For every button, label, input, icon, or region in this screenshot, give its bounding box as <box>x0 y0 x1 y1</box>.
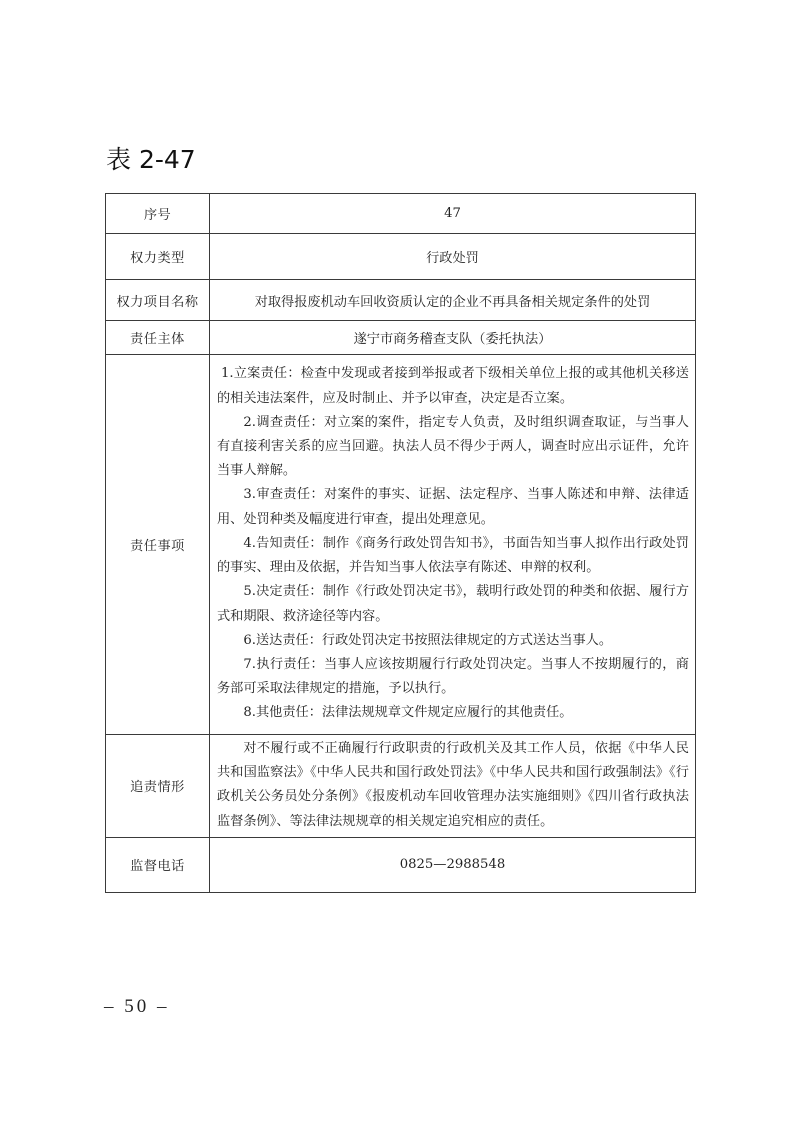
duties-list: 1.立案责任：检查中发现或者接到举报或者下级相关单位上报的或其他机关移送的相关违… <box>210 355 696 735</box>
value-serial: 47 <box>210 194 696 234</box>
row-power-type: 权力类型 行政处罚 <box>106 234 696 280</box>
row-subject: 责任主体 遂宁市商务稽查支队（委托执法） <box>106 321 696 355</box>
label-phone: 监督电话 <box>106 837 210 892</box>
value-item-name: 对取得报废机动车回收资质认定的企业不再具备相关规定条件的处罚 <box>210 280 696 321</box>
label-item-name: 权力项目名称 <box>106 280 210 321</box>
label-subject: 责任主体 <box>106 321 210 355</box>
responsibility-table: 序号 47 权力类型 行政处罚 权力项目名称 对取得报废机动车回收资质认定的企业… <box>105 193 696 893</box>
accountability-text: 对不履行或不正确履行行政职责的行政机关及其工作人员，依据《中华人民共和国监察法》… <box>217 737 689 834</box>
row-phone: 监督电话 0825—2988548 <box>106 837 696 892</box>
label-duties: 责任事项 <box>106 355 210 735</box>
duty-item: 8.其他责任：法律法规规章文件规定应履行的其他责任。 <box>217 701 689 725</box>
row-item-name: 权力项目名称 对取得报废机动车回收资质认定的企业不再具备相关规定条件的处罚 <box>106 280 696 321</box>
label-power-type: 权力类型 <box>106 234 210 280</box>
duty-item: 7.执行责任：当事人应该按期履行行政处罚决定。当事人不按期履行的，商务部可采取法… <box>217 653 689 701</box>
page-number: – 50 – <box>104 996 170 1018</box>
accountability-text-cell: 对不履行或不正确履行行政职责的行政机关及其工作人员，依据《中华人民共和国监察法》… <box>210 735 696 838</box>
label-accountability: 追责情形 <box>106 735 210 838</box>
table-caption: 表 2-47 <box>106 140 196 176</box>
duty-item: 6.送达责任：行政处罚决定书按照法律规定的方式送达当事人。 <box>217 629 689 653</box>
value-power-type: 行政处罚 <box>210 234 696 280</box>
row-serial: 序号 47 <box>106 194 696 234</box>
duty-item: 3.审查责任：对案件的事实、证据、法定程序、当事人陈述和申辩、法律适用、处罚种类… <box>217 483 689 531</box>
row-accountability: 追责情形 对不履行或不正确履行行政职责的行政机关及其工作人员，依据《中华人民共和… <box>106 735 696 838</box>
label-serial: 序号 <box>106 194 210 234</box>
duty-item: 5.决定责任：制作《行政处罚决定书》，载明行政处罚的种类和依据、履行方式和期限、… <box>217 580 689 628</box>
duty-item: 2.调查责任：对立案的案件，指定专人负责，及时组织调查取证，与当事人有直接利害关… <box>217 411 689 484</box>
value-subject: 遂宁市商务稽查支队（委托执法） <box>210 321 696 355</box>
duty-item: 1.立案责任：检查中发现或者接到举报或者下级相关单位上报的或其他机关移送的相关违… <box>217 362 689 410</box>
row-duties: 责任事项 1.立案责任：检查中发现或者接到举报或者下级相关单位上报的或其他机关移… <box>106 355 696 735</box>
duty-item: 4.告知责任：制作《商务行政处罚告知书》，书面告知当事人拟作出行政处罚的事实、理… <box>217 532 689 580</box>
value-phone: 0825—2988548 <box>210 837 696 892</box>
